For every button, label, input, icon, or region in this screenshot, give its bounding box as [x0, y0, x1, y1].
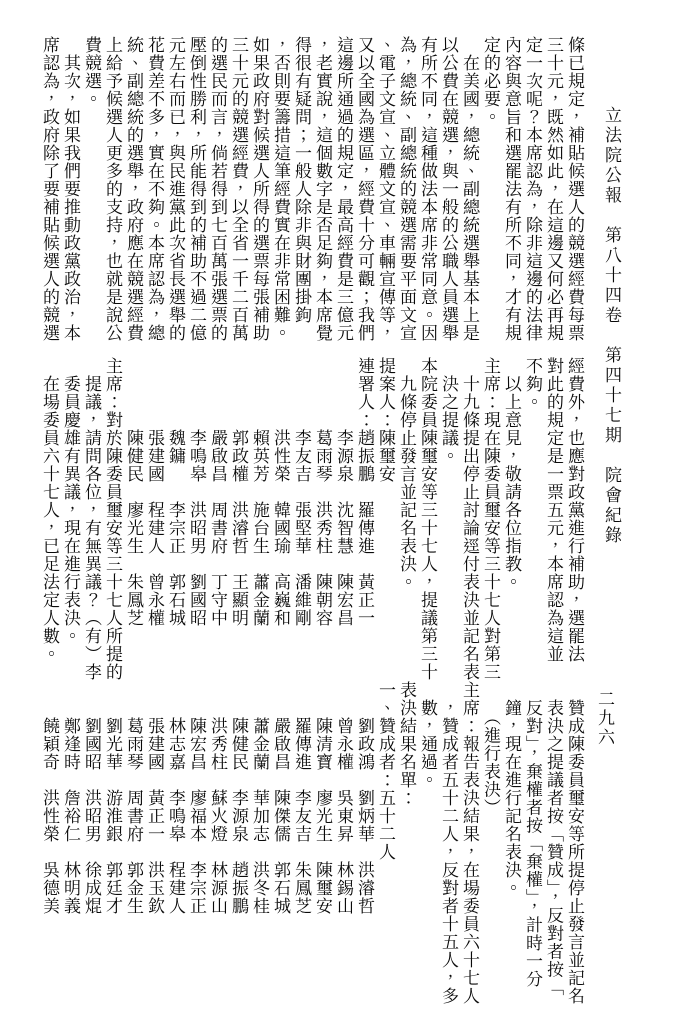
gazette-volume-header: 立法院公報 第八十四卷 第四十七期 院會紀錄	[600, 106, 622, 546]
text-column: 壓倒性勝利，所能得到的補助不過二億	[186, 36, 207, 338]
gazette-page: 立法院公報 第八十四卷 第四十七期 院會紀錄 二九六 條已規定，補貼候選人的競選…	[0, 0, 680, 1024]
text-column: 其次，如果我們要推動政黨政治，本	[60, 36, 81, 338]
text-column: 蕭金蘭 華加志 洪冬桂	[249, 681, 270, 983]
text-column: 內容與意旨和選罷法有所不同，才有規	[501, 36, 522, 338]
text-column: 有所不同，這種做法本席非常同意。因	[417, 36, 438, 338]
text-column: 嚴啟昌 周書府 丁守中	[207, 357, 228, 659]
text-column: 林志嘉 李鳴皋 程建人	[165, 681, 186, 983]
text-column: 九條停止發言並記名表決。	[396, 357, 417, 659]
text-column: 十九條提出停止討論逕付表決並記名表	[459, 357, 480, 659]
text-column: 主席：對於陳委員璽安等三十七人所提的	[102, 357, 123, 659]
text-column: 定一次呢？本席認為，除非這邊的法律	[522, 36, 543, 338]
text-column: 主席：現在陳委員璽安等三十七人對第三	[480, 357, 501, 659]
text-column: 決之提議。	[438, 357, 459, 659]
text-column: 為，總統、副總統的競選需要平面文宣	[396, 36, 417, 338]
text-column: 劉光華 游淮銀 郭廷才	[102, 681, 123, 983]
text-column: 賴英芳 施台生 蕭金蘭	[249, 357, 270, 659]
page-number: 二九六	[592, 690, 617, 747]
text-column: 條已規定，補貼候選人的競選經費每票	[564, 36, 585, 338]
text-column: 洪性榮 韓國瑜 高巍和	[270, 357, 291, 659]
text-column: 在美國，總統、副總統選舉基本上是	[459, 36, 480, 338]
text-column: 提議，請問各位，有無異議？（有）李	[81, 357, 102, 659]
text-column: 花費差不多，實在不夠。本席認為，總	[144, 36, 165, 338]
text-column: 陳宏昌 廖福本 李宗正	[186, 681, 207, 983]
text-column: 羅傳進 李友吉 朱鳳芝	[291, 681, 312, 983]
text-column: ，老實說，這個數字是否足夠，本席覺	[312, 36, 333, 338]
text-column: 以上意見，敬請各位指教。	[501, 357, 522, 659]
text-column: 洪秀柱 蘇火燈 林源山	[207, 681, 228, 983]
text-column: 在場委員六十七人，已足法定人數。	[39, 357, 60, 659]
text-column: 、電子文宣、立體文宣、車輛宣傳等，	[375, 36, 396, 338]
text-column: 鐘，現在進行記名表決。	[501, 681, 522, 983]
text-column: 曾永權 吳東昇 林錫山	[333, 681, 354, 983]
text-column: 得很有疑問；一般人除非與財團掛鉤	[291, 36, 312, 338]
text-column: 饒穎奇 洪性榮 吳德美	[39, 681, 60, 983]
text-column: 劉國昭 洪昭男 徐成焜	[81, 681, 102, 983]
text-column: 贊成陳委員璽安等所提停止發言並記名	[564, 681, 585, 983]
text-column: 定的必要。	[480, 36, 501, 338]
text-column: ，否則要籌措這筆經費實在非常困難。	[270, 36, 291, 338]
text-column: 連署人：趙振鵬 羅傳進 黃正一	[354, 357, 375, 659]
text-column: 陳清寶 廖光生 陳璽安	[312, 681, 333, 983]
text-column: 費競選。	[81, 36, 102, 338]
text-column: 上給予候選人更多的支持，也就是說公	[102, 36, 123, 338]
text-column: 又以全國為選區，經費十分可觀；我們	[354, 36, 375, 338]
text-column: 統、副總統的選舉，政府應在競選經費	[123, 36, 144, 338]
text-column: 陳健民 廖光生 朱鳳芝	[123, 357, 144, 659]
text-column: 如果政府對候選人所得的選票每張補助	[249, 36, 270, 338]
text-column: 對此的規定是一票五元，本席認為這並	[543, 357, 564, 659]
text-column: 委員慶雄有異議，現在進行表決。	[60, 357, 81, 659]
text-column: 這邊所通過的規定，最高經費是三億元	[333, 36, 354, 338]
text-column: 表決結果名單：	[396, 681, 417, 983]
text-column: （進行表決）	[480, 681, 501, 983]
text-column: 三十元的競選經費，以全省一千二百萬	[228, 36, 249, 338]
text-column: 一、贊成者：五十二人	[375, 681, 396, 983]
text-column: 嚴啟昌 陳傑儒 郭石城	[270, 681, 291, 983]
register-bottom: 贊成陳委員璽安等所提停止發言並記名 表決之提議者按「贊成」，反對者按「 反對」，…	[39, 681, 585, 983]
text-column: 提案人：陳璽安	[375, 357, 396, 659]
text-column: ，贊成者五十二人，反對者十五人，多	[438, 681, 459, 983]
text-column: 席認為，政府除了要補貼候選人的競選	[39, 36, 60, 338]
text-column: 三十元，既然如此，在這邊又何必再規	[543, 36, 564, 338]
text-column: 李鳴皋 洪昭男 劉國昭	[186, 357, 207, 659]
text-column: 以公費在競選，與一般的公職人員選舉	[438, 36, 459, 338]
text-column: 魏鏞 李宗正 郭石城	[165, 357, 186, 659]
text-column: 劉政鴻 劉炳華 洪濬哲	[354, 681, 375, 983]
register-top: 條已規定，補貼候選人的競選經費每票三十元，既然如此，在這邊又何必再規定一次呢？本…	[39, 36, 585, 338]
text-column: 鄭逢時 詹裕仁 林明義	[60, 681, 81, 983]
text-column: 郭政權 洪濬哲 王顯明	[228, 357, 249, 659]
text-column: 葛雨琴 周書府 郭金生	[123, 681, 144, 983]
text-column: 不夠。	[522, 357, 543, 659]
text-column: 反對」，棄權者按「棄權」，計時一分	[522, 681, 543, 983]
text-column: 陳健民 李源泉 趙振鵬	[228, 681, 249, 983]
text-column: 的選民而言，倘若得到七百萬張選票的	[207, 36, 228, 338]
text-column: 李友吉 張堅華 潘維剛	[291, 357, 312, 659]
text-column: 元左右而已，與民進黨此次省長選舉的	[165, 36, 186, 338]
text-column: 張建國 黃正一 洪玉欽	[144, 681, 165, 983]
text-column: 李源泉 沈智慧 陳宏昌	[333, 357, 354, 659]
text-column: 主席：報告表決結果，在場委員六十七人	[459, 681, 480, 983]
text-column: 本院委員陳璽安等三十七人，提議第三十	[417, 357, 438, 659]
register-middle: 經費外，也應對政黨進行補助，選罷法對此的規定是一票五元，本席認為這並不夠。 以上…	[39, 357, 585, 659]
text-column: 張建國 程建人 曾永權	[144, 357, 165, 659]
text-column: 葛雨琴 洪秀柱 陳朝容	[312, 357, 333, 659]
text-column: 數，通過。	[417, 681, 438, 983]
text-column: 經費外，也應對政黨進行補助，選罷法	[564, 357, 585, 659]
text-column: 表決之提議者按「贊成」，反對者按「	[543, 681, 564, 983]
